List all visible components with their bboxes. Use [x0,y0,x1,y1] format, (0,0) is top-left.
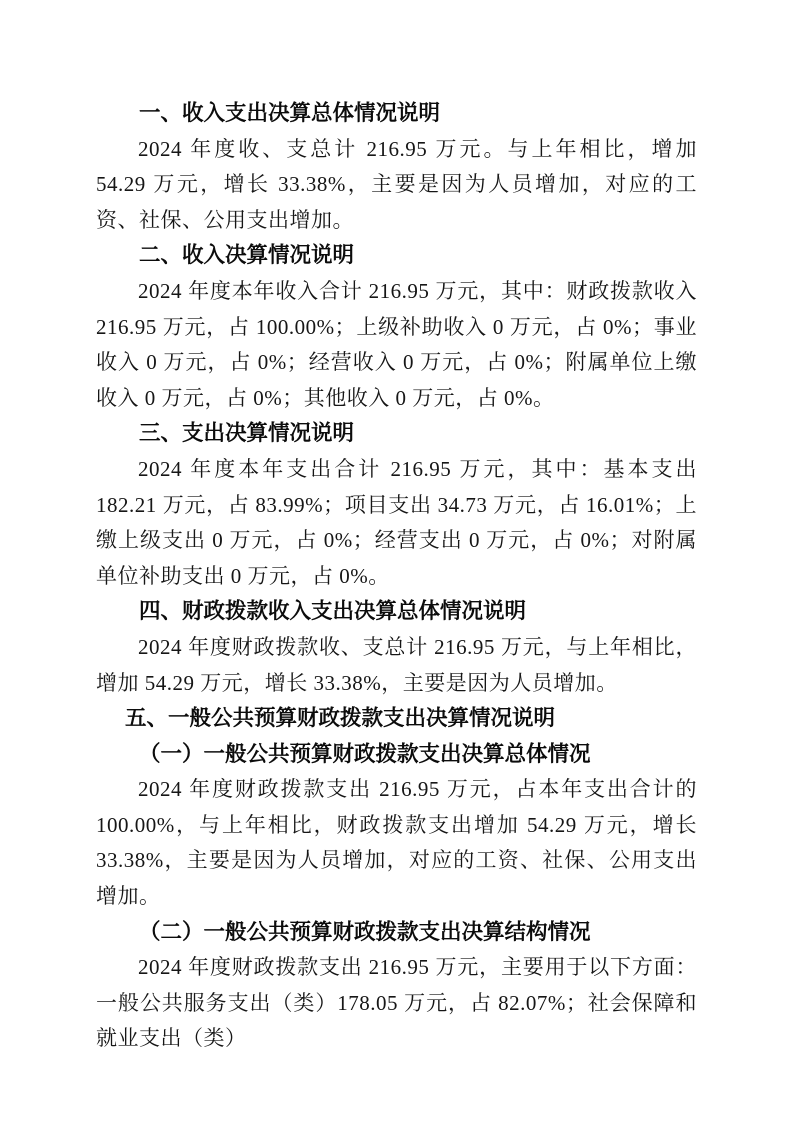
paragraph: 2024 年度财政拨款收、支总计 216.95 万元，与上年相比，增加 54.2… [96,630,697,701]
sub-section-heading: （二）一般公共预算财政拨款支出决算结构情况 [96,915,697,951]
document-page: 一、收入支出决算总体情况说明2024 年度收、支总计 216.95 万元。与上年… [0,0,793,1122]
section-heading: 四、财政拨款收入支出决算总体情况说明 [96,594,697,630]
paragraph: 2024 年度收、支总计 216.95 万元。与上年相比，增加 54.29 万元… [96,132,697,239]
section-heading: 三、支出决算情况说明 [96,416,697,452]
paragraph: 2024 年度本年收入合计 216.95 万元，其中：财政拨款收入 216.95… [96,274,697,416]
section-heading: 二、收入决算情况说明 [96,238,697,274]
paragraph: 2024 年度财政拨款支出 216.95 万元，主要用于以下方面：一般公共服务支… [96,950,697,1057]
sub-section-heading: （一）一般公共预算财政拨款支出决算总体情况 [96,737,697,773]
section-heading: 一、收入支出决算总体情况说明 [96,96,697,132]
paragraph: 2024 年度财政拨款支出 216.95 万元，占本年支出合计的 100.00%… [96,772,697,914]
section-heading: 五、一般公共预算财政拨款支出决算情况说明 [96,701,697,737]
paragraph: 2024 年度本年支出合计 216.95 万元，其中：基本支出 182.21 万… [96,452,697,594]
document-content: 一、收入支出决算总体情况说明2024 年度收、支总计 216.95 万元。与上年… [96,96,697,1057]
